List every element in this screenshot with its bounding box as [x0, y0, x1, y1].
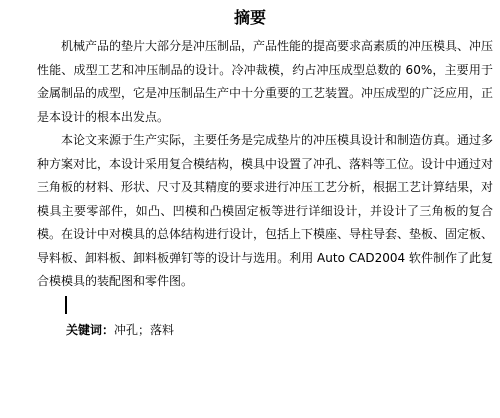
text-cursor [65, 296, 67, 314]
abstract-paragraph-2: 本论文来源于生产实际，主要任务是完成垫片的冲压模具设计和制造仿真。通过多种方案对… [37, 129, 493, 294]
keywords-label: 关键词： [66, 323, 114, 337]
abstract-title: 摘要 [0, 8, 500, 28]
abstract-paragraph-1: 机械产品的垫片大部分是冲压制品，产品性能的提高要求高素质的冲压模具、冲压性能、成… [37, 35, 493, 129]
keywords-line: 关键词：冲孔；落料 [66, 320, 174, 340]
keywords-value: 冲孔；落料 [114, 323, 174, 337]
